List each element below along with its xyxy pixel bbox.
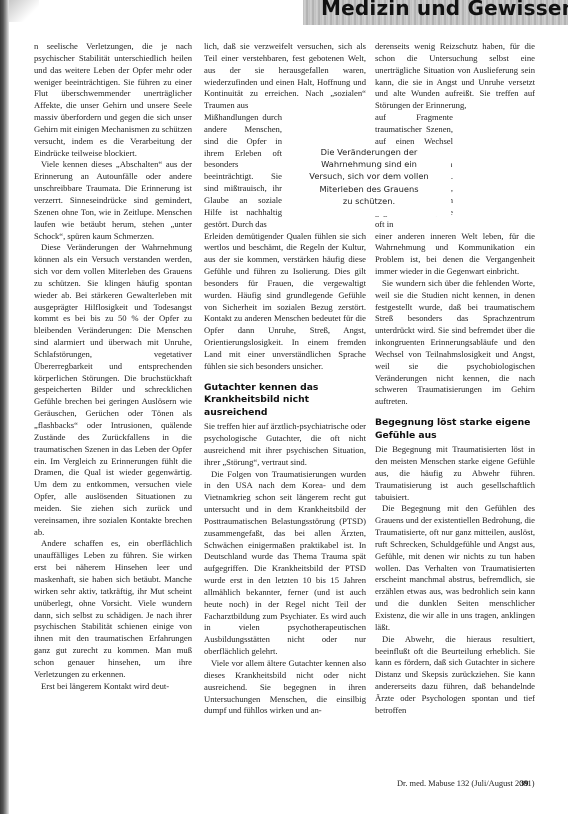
page-corner-shadow (9, 0, 39, 22)
pull-quote: Die Veränderungen der Wahrnehmung sind e… (287, 146, 451, 216)
paragraph: einer anderen inneren Welt leben, für di… (375, 231, 535, 278)
pull-quote-line: zu schützen. (287, 195, 451, 207)
paragraph: Andere schaffen es, ein oberflächlich un… (34, 538, 192, 680)
text-column-left: n seelische Verletzungen, die je nach ps… (34, 41, 192, 692)
issue-citation: Dr. med. Mabuse 132 (Juli/August 2001) (397, 779, 534, 788)
subheading: Gutachter kennen das Krankheitsbild nich… (204, 382, 366, 420)
section-title: Medizin und Gewissen (321, 0, 568, 20)
paragraph: Sie wundern sich über die fehlenden Wort… (375, 278, 535, 408)
pull-quote-line: Wahrnehmung sind ein (287, 158, 451, 170)
paragraph: derenseits wenig Reizschutz haben, für d… (375, 41, 535, 112)
paragraph: Viele vor allem ältere Gutachter kennen … (204, 658, 366, 717)
pull-quote-line: Miterleben des Grauens (287, 183, 451, 195)
section-header-banner: Medizin und Gewissen (303, 0, 568, 25)
paragraph: Die Folgen von Traumatisierungen wurden … (204, 469, 366, 659)
page-number: 39 (520, 779, 528, 788)
paragraph: Die Begegnung mit Traumatisierten löst i… (375, 444, 535, 503)
paragraph: Diese Veränderungen der Wahrnehmung könn… (34, 242, 192, 538)
paragraph: Erst bei längerem Kontakt wird deut- (34, 681, 192, 693)
paragraph: lich, daß sie verzweifelt versuchen, sic… (204, 41, 366, 112)
pull-quote-line: Die Veränderungen der (287, 146, 451, 158)
paragraph: n seelische Verletzungen, die je nach ps… (34, 41, 192, 159)
paragraph: Die Abwehr, die hieraus resultiert, beei… (375, 634, 535, 717)
paragraph: Die Begegnung mit den Gefühlen des Graue… (375, 503, 535, 633)
pull-quote-line: Versuch, sich vor dem vollen (287, 170, 451, 182)
paragraph: Sie treffen hier auf ärztlich-psychiatri… (204, 421, 366, 468)
text-column-middle: lich, daß sie verzweifelt versuchen, sic… (204, 41, 366, 717)
subheading: Begegnung löst starke eigene Gefühle aus (375, 417, 535, 442)
paragraph: Erleiden demütigender Qualen fühlen sie … (204, 231, 366, 373)
paragraph-narrow: Mißhandlungen durch andere Menschen, sin… (204, 112, 282, 230)
text-column-right: derenseits wenig Reizschutz haben, für d… (375, 41, 535, 717)
page-binding-edge (0, 0, 9, 814)
paragraph: Viele kennen dieses „Abschalten“ aus der… (34, 159, 192, 242)
